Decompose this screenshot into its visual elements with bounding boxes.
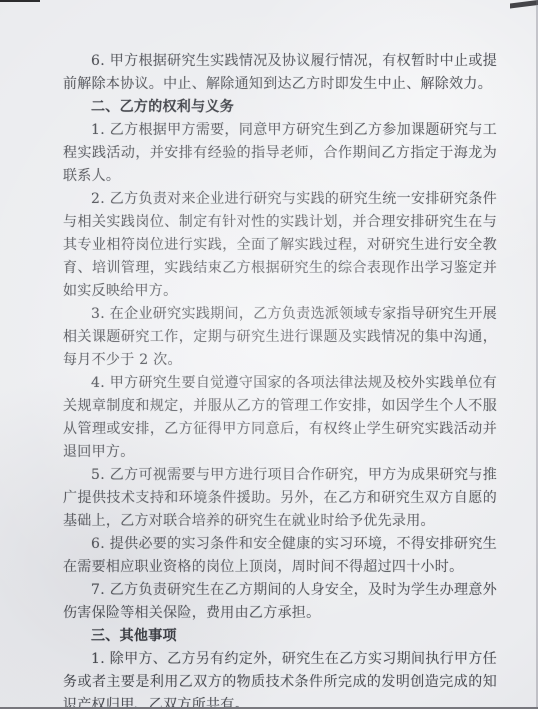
- body-paragraph: 2. 乙方负责对来企业进行研究与实践的研究生统一安排研究条件与相关实践岗位、制定…: [63, 188, 497, 303]
- scanned-document-page: 6. 甲方根据研究生实践情况及协议履行情况，有权暂时中止或提前解除本协议。中止、…: [0, 0, 538, 709]
- body-paragraph: 1. 乙方根据甲方需要，同意甲方研究生到乙方参加课题研究与工程实践活动，并安排有…: [63, 119, 497, 188]
- document-content: 6. 甲方根据研究生实践情况及协议履行情况，有权暂时中止或提前解除本协议。中止、…: [63, 50, 497, 709]
- section-heading: 二、乙方的权利与义务: [63, 96, 497, 119]
- section-heading: 三、其他事项: [63, 625, 497, 648]
- body-paragraph: 1. 除甲方、乙方另有约定外，研究生在乙方实习期间执行甲方任务或者主要是利用乙双…: [63, 648, 497, 709]
- body-paragraph: 7. 乙方负责研究生在乙方期间的人身安全，及时为学生办理意外伤害保险等相关保险，…: [63, 579, 497, 625]
- body-paragraph: 6. 提供必要的实习条件和安全健康的实习环境，不得安排研究生在需要相应职业资格的…: [63, 533, 497, 579]
- body-paragraph: 5. 乙方可视需要与甲方进行项目合作研究，甲方为成果研究与推广提供技术支持和环境…: [63, 464, 497, 533]
- body-paragraph: 6. 甲方根据研究生实践情况及协议履行情况，有权暂时中止或提前解除本协议。中止、…: [63, 50, 497, 96]
- scan-artifact-top-left: [0, 0, 40, 2]
- scan-artifact-top-right: [510, 0, 538, 8]
- body-paragraph: 3. 在企业研究实践期间，乙方负责选派领域专家指导研究生开展相关课题研究工作，定…: [63, 303, 497, 372]
- body-paragraph: 4. 甲方研究生要自觉遵守国家的各项法律法规及校外实践单位有关规章制度和规定，并…: [63, 372, 497, 464]
